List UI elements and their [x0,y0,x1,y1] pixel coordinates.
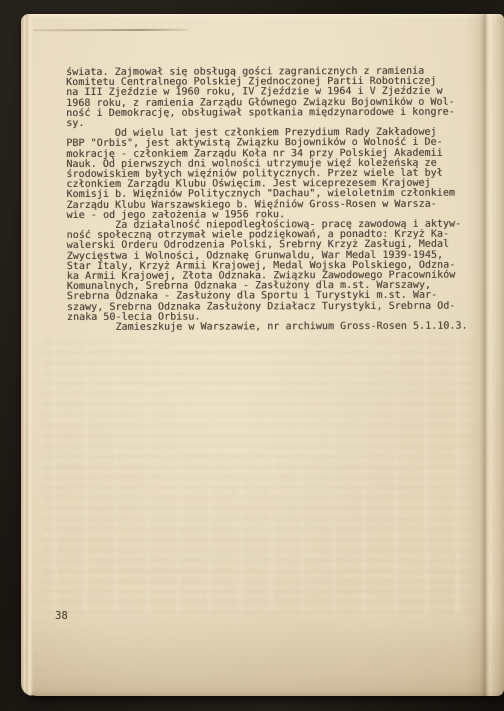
scanned-document-page: świata. Zajmował się obsługą gości zagra… [21,14,504,696]
scan-artifact-line [33,29,189,31]
bleedthrough-texture [43,336,475,614]
scanner-background: świata. Zajmował się obsługą gości zagra… [0,0,504,711]
page-number: 38 [55,610,68,622]
page-stack-edges [21,14,33,696]
typewritten-body-text: świata. Zajmował się obsługą gości zagra… [66,67,468,334]
